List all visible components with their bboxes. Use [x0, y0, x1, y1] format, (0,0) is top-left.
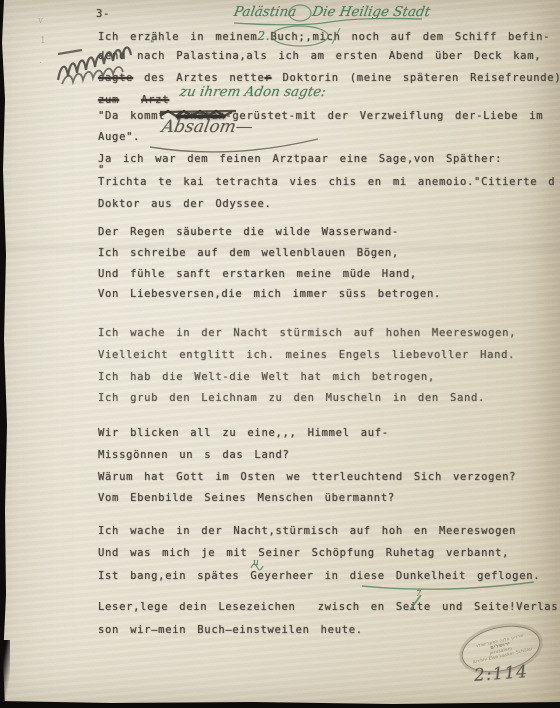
margin-mark: .	[39, 56, 42, 66]
pencil-dash-mark	[58, 50, 82, 54]
handwritten-correction-geier: u	[253, 558, 259, 568]
struck-letter: r	[264, 72, 271, 84]
margin-mark: 1	[40, 36, 46, 46]
typed-line: Leser,lege dein Lesezeichen zwisch en Se…	[98, 601, 560, 613]
typed-line: Trichta te kai tetrachta vies chis en mi…	[98, 176, 560, 188]
poem-line: Ich grub den Leichnam zu den Muscheln in…	[98, 392, 485, 404]
umlaut-correction-mark: "	[150, 40, 154, 50]
poem-line: Wir blicken all zu eine,,, Himmel auf-	[98, 427, 389, 439]
struck-word: zum	[98, 94, 119, 106]
margin-mark: v	[38, 16, 43, 26]
typed-line: Ich erzähle in meinem2.Buch;,mich noch a…	[98, 29, 550, 43]
handwritten-note-adon: zu ihrem Adon sagte:	[179, 84, 328, 100]
circled-word: Buch;	[270, 31, 305, 43]
shelfmark: 2:114	[473, 662, 528, 686]
scan-edge-corner	[0, 640, 10, 708]
handwritten-title-word1: Palästina	[233, 4, 298, 20]
handwritten-correction-seite: 7	[416, 589, 421, 598]
poem-line: Vom Ebenbilde Seines Menschen übermannt?	[98, 492, 395, 504]
scan-edge-left	[0, 0, 8, 708]
typed-line: Doktor aus der Odyssee.	[98, 198, 272, 210]
absalom-underline-mark	[150, 139, 318, 152]
handwritten-title: PalästinaDie Heilige Stadt	[233, 4, 432, 20]
typed-line: sagte des Arztes netter Doktorin (meine …	[98, 72, 560, 84]
poem-line: Von Liebesversen,die mich immer süss bet…	[98, 288, 441, 300]
poem-line: Ich wache in der Nacht,stürmisch auf hoh…	[98, 525, 516, 537]
typed-line: Auge".	[98, 131, 140, 143]
typed-line: dend nach Palastina,als ich am ersten Ab…	[98, 50, 541, 62]
green-underline-mark	[362, 582, 534, 589]
typed-line: Ja ich war dem feinen Arztpaar eine Sage…	[98, 153, 502, 165]
poem-line: Ich schreibe auf dem wellenblauen Bögen,	[98, 247, 399, 259]
poem-line: Ich wache in der Nacht stürmisch auf hoh…	[98, 327, 516, 339]
poem-line: Wärum hat Gott im Osten we tterleuchtend…	[98, 471, 516, 483]
poem-line: Ist bang,ein spätes Geyerheer in diese D…	[98, 570, 540, 582]
typed-quote-mark: "	[98, 164, 105, 176]
struck-word: Arzt	[141, 94, 169, 106]
manuscript-page: 3- PalästinaDie Heilige Stadt Ich erzähl…	[0, 0, 560, 708]
poem-line: Der Regen säuberte die wilde Wasserwand-	[98, 226, 399, 238]
handwritten-note-absalom: Absalom—	[160, 117, 254, 137]
poem-line: Missgönnen un s das Land?	[98, 449, 290, 461]
page-number: 3-	[96, 8, 110, 20]
poem-line: Und fühle sanft erstarken meine müde Han…	[98, 268, 417, 280]
handwritten-insert: 2.	[257, 29, 270, 43]
poem-line: Und was mich je mit Seiner Schöpfung Ruh…	[98, 547, 509, 559]
handwritten-title-word2: Die Heilige Stadt	[311, 4, 432, 20]
struck-word: sagte	[98, 72, 133, 84]
poem-line: Ich hab die Welt-die Welt hat mich betro…	[98, 371, 435, 383]
typed-line: zum Arzt	[98, 94, 169, 106]
typed-line: son wir—mein Buch—einstweilen heute.	[98, 624, 363, 636]
scan-edge-bottom	[0, 699, 560, 708]
poem-line: Vielleicht entglitt ich. meines Engels l…	[98, 349, 515, 361]
